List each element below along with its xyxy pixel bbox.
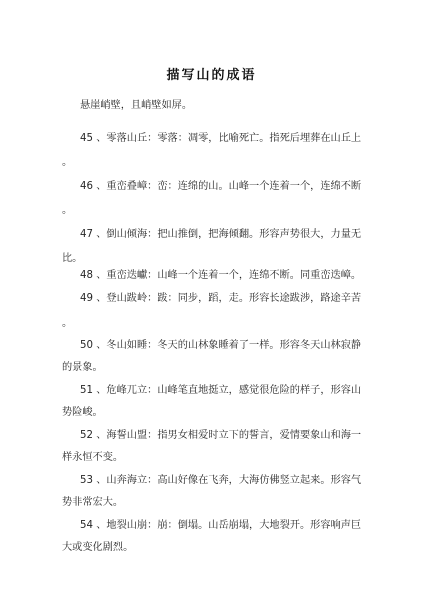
paragraph-continuation: 样永恒不变。	[62, 452, 123, 464]
document-page: 描写山的成语 悬崖峭壁，且峭壁如屏。45 、零落山丘：零落：凋零，比喻死亡。指死…	[0, 0, 423, 600]
paragraph-continuation: 大或变化剧烈。	[62, 542, 133, 554]
paragraph-line: 54 、地裂山崩：崩：倒塌。山岳崩塌，大地裂开。形容响声巨	[80, 520, 361, 532]
paragraph-line: 45 、零落山丘：零落：凋零，比喻死亡。指死后埋葬在山丘上	[80, 133, 361, 145]
paragraph-continuation: 势险峻。	[62, 407, 103, 419]
paragraph-line: 46 、重峦叠嶂：峦：连绵的山。山峰一个连着一个，连绵不断	[80, 181, 361, 193]
paragraph-line: 53 、山奔海立：高山好像在飞奔，大海仿佛竖立起来。形容气	[80, 475, 361, 487]
paragraph-line: 47 、倒山倾海：把山推倒，把海倾翻。形容声势很大，力量无	[80, 229, 361, 241]
document-title: 描写山的成语	[0, 64, 423, 83]
paragraph-continuation: 。	[62, 157, 72, 169]
paragraph-continuation: 势非常宏大。	[62, 497, 123, 509]
paragraph-continuation: 比。	[62, 253, 82, 265]
paragraph-line: 49 、登山跋岭：跋：同步，蹈，走。形容长途跋涉，路途辛苦	[80, 293, 361, 305]
paragraph-continuation: 。	[62, 318, 72, 330]
paragraph-line: 48 、重峦迭巘：山峰一个连着一个，连绵不断。同重峦迭嶂。	[80, 270, 361, 282]
paragraph-continuation: 的景象。	[62, 362, 103, 374]
paragraph-line: 51 、危峰兀立：山峰笔直地挺立，感觉很危险的样子，形容山	[80, 385, 361, 397]
paragraph-line: 悬崖峭壁，且峭壁如屏。	[80, 100, 192, 112]
paragraph-continuation: 。	[62, 205, 72, 217]
paragraph-line: 52 、海誓山盟：指男女相爱时立下的誓言，爱情要象山和海一	[80, 430, 361, 442]
paragraph-line: 50 、冬山如睡：冬天的山林象睡着了一样。形容冬天山林寂静	[80, 340, 361, 352]
